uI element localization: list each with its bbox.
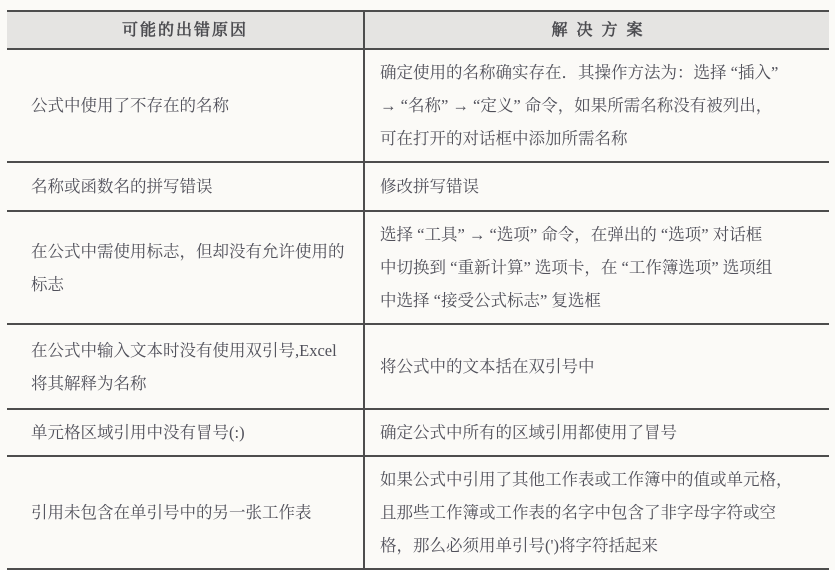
table-row: 名称或函数名的拼写错误 修改拼写错误 bbox=[7, 163, 829, 212]
table-header-row: 可能的出错原因 解决方案 bbox=[7, 12, 829, 50]
table-row: 引用未包含在单引号中的另一张工作表 如果公式中引用了其他工作表或工作簿中的值或单… bbox=[7, 457, 829, 549]
solution-cell: 修改拼写错误 bbox=[363, 163, 829, 210]
cause-cell: 名称或函数名的拼写错误 bbox=[7, 163, 363, 210]
solution-cell: 确定公式中所有的区域引用都使用了冒号 bbox=[363, 410, 829, 455]
cause-cell: 引用未包含在单引号中的另一张工作表 bbox=[7, 457, 363, 549]
error-cause-solution-table: 可能的出错原因 解决方案 公式中使用了不存在的名称 确定使用的名称确实存在．其操… bbox=[7, 10, 829, 549]
cause-cell: 在公式中输入文本时没有使用双引号,Excel 将其解释为名称 bbox=[7, 325, 363, 408]
column-header-solution: 解决方案 bbox=[363, 12, 829, 48]
table-row: 单元格区域引用中没有冒号(:) 确定公式中所有的区域引用都使用了冒号 bbox=[7, 410, 829, 457]
cause-cell: 单元格区域引用中没有冒号(:) bbox=[7, 410, 363, 455]
solution-cell: 确定使用的名称确实存在．其操作方法为：选择 “插入” → “名称” → “定义”… bbox=[363, 50, 829, 161]
table-row: 在公式中需使用标志，但却没有允许使用的 标志 选择 “工具” → “选项” 命令… bbox=[7, 212, 829, 325]
solution-cell: 选择 “工具” → “选项” 命令，在弹出的 “选项” 对话框 中切换到 “重新… bbox=[363, 212, 829, 323]
solution-cell: 将公式中的文本括在双引号中 bbox=[363, 325, 829, 408]
solution-cell: 如果公式中引用了其他工作表或工作簿中的值或单元格， 且那些工作簿或工作表的名字中… bbox=[363, 457, 829, 549]
table-row: 公式中使用了不存在的名称 确定使用的名称确实存在．其操作方法为：选择 “插入” … bbox=[7, 50, 829, 163]
cause-cell: 公式中使用了不存在的名称 bbox=[7, 50, 363, 161]
cause-cell: 在公式中需使用标志，但却没有允许使用的 标志 bbox=[7, 212, 363, 323]
table-row: 在公式中输入文本时没有使用双引号,Excel 将其解释为名称 将公式中的文本括在… bbox=[7, 325, 829, 410]
column-header-cause: 可能的出错原因 bbox=[7, 12, 363, 48]
